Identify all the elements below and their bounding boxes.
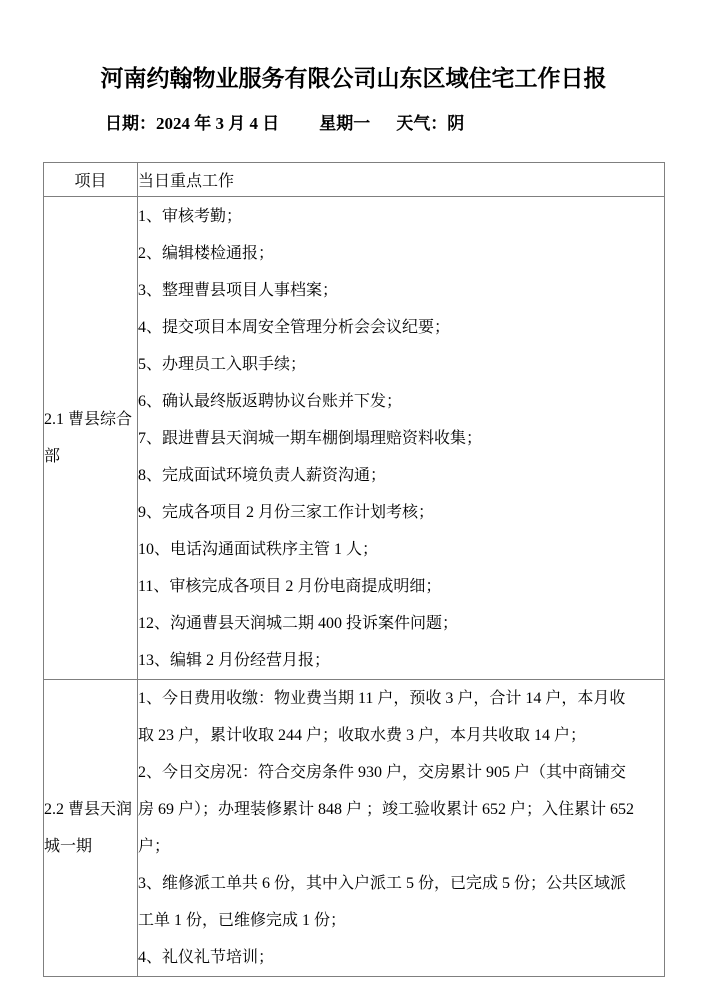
work-item-line: 工单 1 份，已维修完成 1 份； bbox=[138, 902, 664, 939]
work-item-line: 3、维修派工单共 6 份，其中入户派工 5 份，已完成 5 份；公共区域派 bbox=[138, 865, 664, 902]
daily-report-table: 项目 当日重点工作 2.1 曹县综合部1、审核考勤；2、编辑楼检通报；3、整理曹… bbox=[43, 162, 665, 977]
work-item-line: 1、审核考勤； bbox=[138, 198, 664, 235]
page-title: 河南约翰物业服务有限公司山东区域住宅工作日报 bbox=[0, 60, 707, 93]
work-item-line: 7、跟进曹县天润城一期车棚倒塌理赔资料收集； bbox=[138, 420, 664, 457]
work-items-cell: 1、今日费用收缴：物业费当期 11 户，预收 3 户，合计 14 户，本月收取 … bbox=[138, 680, 665, 977]
weather-label: 天气：阴 bbox=[396, 114, 464, 133]
project-cell: 2.1 曹县综合部 bbox=[44, 197, 138, 680]
work-item-line: 2、今日交房况：符合交房条件 930 户，交房累计 905 户（其中商铺交 bbox=[138, 754, 664, 791]
work-item-line: 1、今日费用收缴：物业费当期 11 户，预收 3 户，合计 14 户，本月收 bbox=[138, 680, 664, 717]
work-item-line: 3、整理曹县项目人事档案； bbox=[138, 272, 664, 309]
column-header-project: 项目 bbox=[44, 163, 138, 197]
work-item-line: 4、提交项目本周安全管理分析会会议纪要； bbox=[138, 309, 664, 346]
table-body: 2.1 曹县综合部1、审核考勤；2、编辑楼检通报；3、整理曹县项目人事档案；4、… bbox=[44, 197, 665, 977]
work-item-line: 6、确认最终版返聘协议台账并下发； bbox=[138, 383, 664, 420]
document-page: 河南约翰物业服务有限公司山东区域住宅工作日报 日期：2024 年 3 月 4 日… bbox=[0, 0, 707, 999]
work-item-line: 取 23 户，累计收取 244 户；收取水费 3 户，本月共收取 14 户； bbox=[138, 717, 664, 754]
work-item-line: 4、礼仪礼节培训； bbox=[138, 939, 664, 976]
work-item-line: 10、电话沟通面试秩序主管 1 人； bbox=[138, 531, 664, 568]
column-header-work: 当日重点工作 bbox=[138, 163, 665, 197]
date-line: 日期：2024 年 3 月 4 日星期一天气：阴 bbox=[105, 109, 464, 134]
work-item-line: 11、审核完成各项目 2 月份电商提成明细； bbox=[138, 568, 664, 605]
work-item-line: 13、编辑 2 月份经营月报； bbox=[138, 642, 664, 679]
work-item-line: 8、完成面试环境负责人薪资沟通； bbox=[138, 457, 664, 494]
work-item-line: 12、沟通曹县天润城二期 400 投诉案件问题； bbox=[138, 605, 664, 642]
work-item-line: 9、完成各项目 2 月份三家工作计划考核； bbox=[138, 494, 664, 531]
work-item-line: 5、办理员工入职手续； bbox=[138, 346, 664, 383]
work-item-line: 房 69 户）；办理装修累计 848 户 ；竣工验收累计 652 户；入住累计 … bbox=[138, 791, 664, 828]
work-item-line: 2、编辑楼检通报； bbox=[138, 235, 664, 272]
project-cell: 2.2 曹县天润城一期 bbox=[44, 680, 138, 977]
date-label: 日期：2024 年 3 月 4 日 bbox=[105, 114, 279, 133]
weekday-label: 星期一 bbox=[319, 114, 370, 133]
work-item-line: 户； bbox=[138, 828, 664, 865]
table-header-row: 项目 当日重点工作 bbox=[44, 163, 665, 197]
table-row: 2.2 曹县天润城一期1、今日费用收缴：物业费当期 11 户，预收 3 户，合计… bbox=[44, 680, 665, 977]
work-items-cell: 1、审核考勤；2、编辑楼检通报；3、整理曹县项目人事档案；4、提交项目本周安全管… bbox=[138, 197, 665, 680]
table-row: 2.1 曹县综合部1、审核考勤；2、编辑楼检通报；3、整理曹县项目人事档案；4、… bbox=[44, 197, 665, 680]
